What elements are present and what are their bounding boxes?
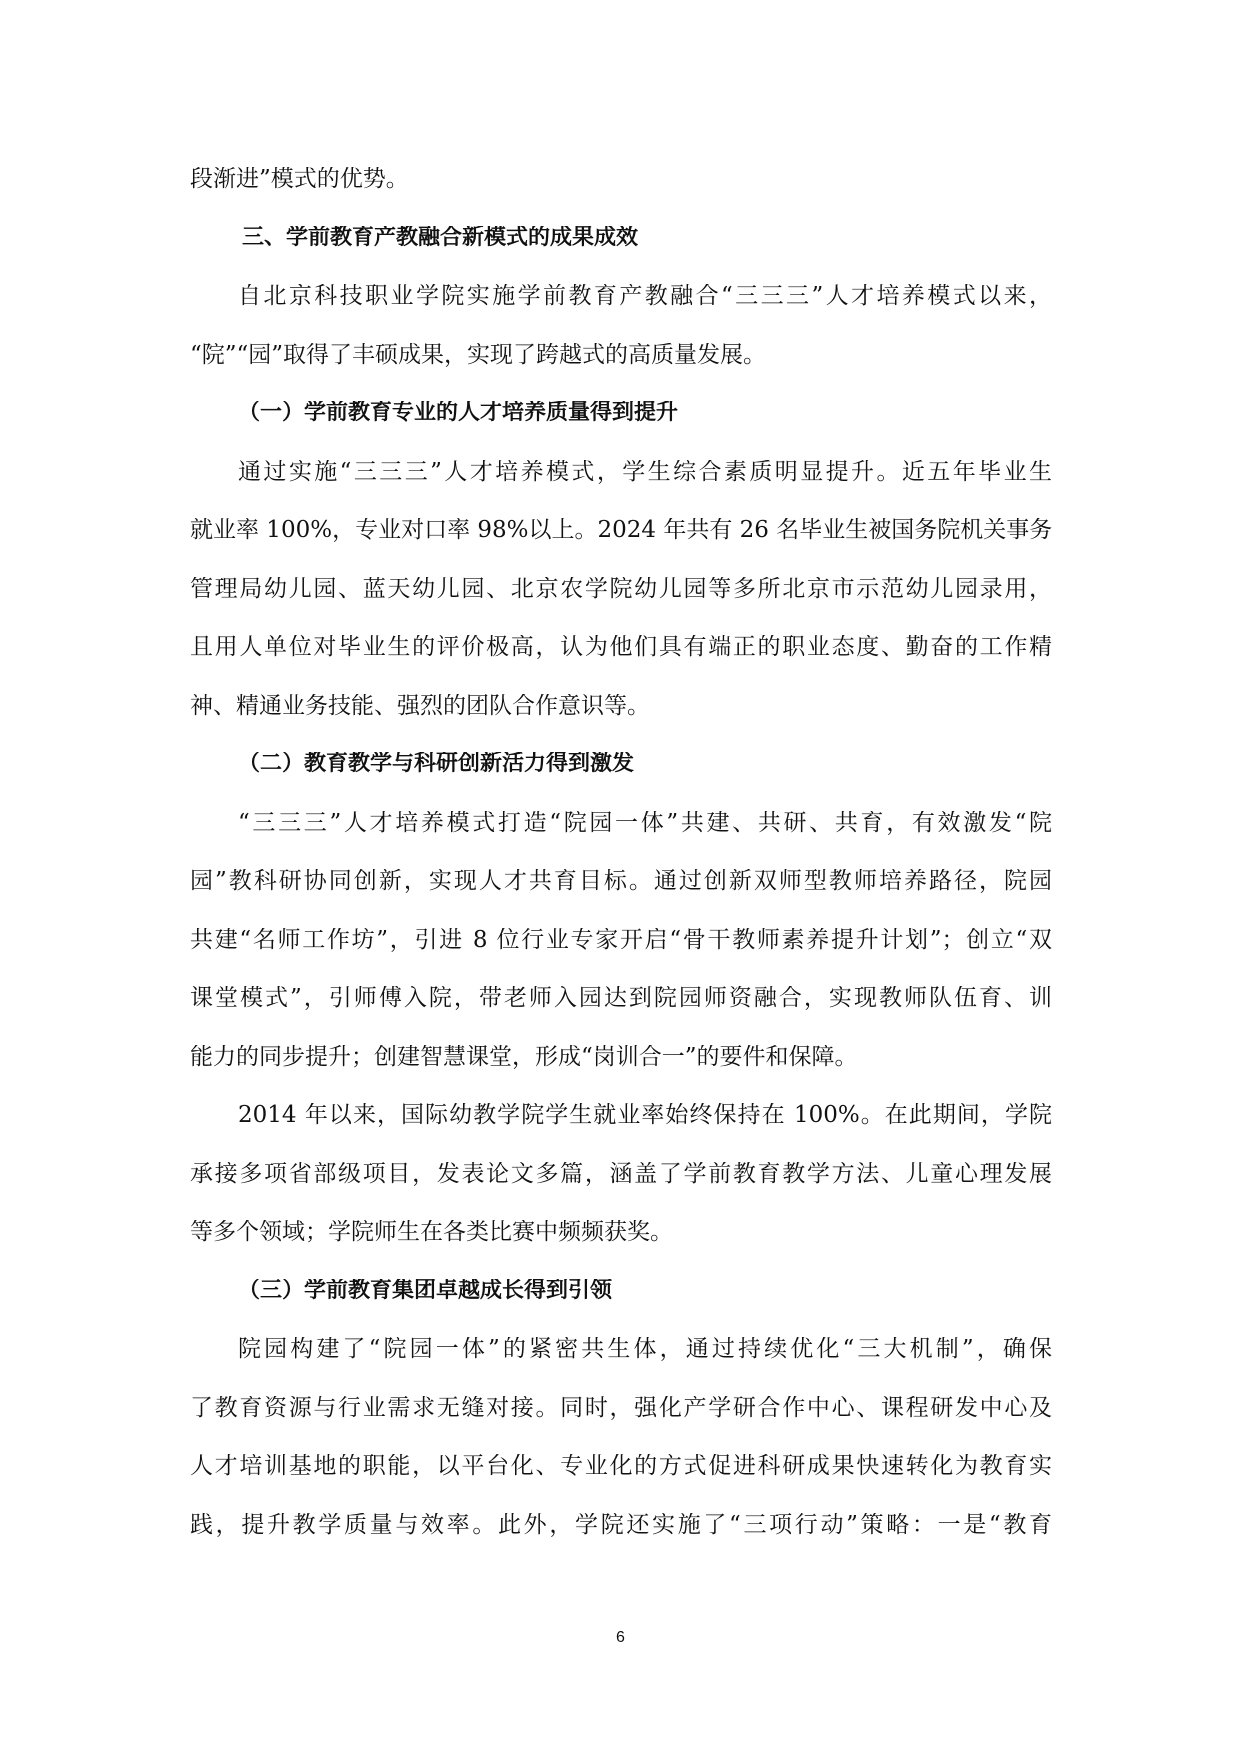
paragraph-line: 承接多项省部级项目，发表论文多篇，涵盖了学前教育教学方法、儿童心理发展 — [190, 1162, 1052, 1221]
section-heading-3: 三、学前教育产教融合新模式的成果成效 — [190, 226, 1052, 285]
paragraph-line: 通过实施“三三三”人才培养模式，学生综合素质明显提升。近五年毕业生 — [190, 460, 1052, 519]
paragraph-line: 就业率 100%，专业对口率 98%以上。2024 年共有 26 名毕业生被国务… — [190, 518, 1052, 577]
paragraph-line: 共建“名师工作坊”，引进 8 位行业专家开启“骨干教师素养提升计划”；创立“双 — [190, 928, 1052, 987]
paragraph-line: 管理局幼儿园、蓝天幼儿园、北京农学院幼儿园等多所北京市示范幼儿园录用， — [190, 577, 1052, 636]
subsection-heading-2: （二）教育教学与科研创新活力得到激发 — [190, 752, 1052, 811]
continuation-text: 段渐进”模式的优势。 — [190, 167, 1052, 226]
document-page: 段渐进”模式的优势。 三、学前教育产教融合新模式的成果成效 自北京科技职业学院实… — [0, 0, 1241, 1754]
page-number: 6 — [0, 1629, 1241, 1647]
paragraph-line: 自北京科技职业学院实施学前教育产教融合“三三三”人才培养模式以来， — [190, 284, 1052, 343]
paragraph-line: 等多个领域；学院师生在各类比赛中频频获奖。 — [190, 1220, 1052, 1279]
paragraph-line: 践，提升教学质量与效率。此外，学院还实施了“三项行动”策略：一是“教育 — [190, 1513, 1052, 1572]
paragraph-line: 能力的同步提升；创建智慧课堂，形成“岗训合一”的要件和保障。 — [190, 1045, 1052, 1104]
subsection-heading-3: （三）学前教育集团卓越成长得到引领 — [190, 1279, 1052, 1338]
paragraph-line: 神、精通业务技能、强烈的团队合作意识等。 — [190, 694, 1052, 753]
paragraph-line: 了教育资源与行业需求无缝对接。同时，强化产学研合作中心、课程研发中心及 — [190, 1396, 1052, 1455]
paragraph-line: 且用人单位对毕业生的评价极高，认为他们具有端正的职业态度、勤奋的工作精 — [190, 635, 1052, 694]
text-column: 段渐进”模式的优势。 三、学前教育产教融合新模式的成果成效 自北京科技职业学院实… — [190, 167, 1052, 1571]
paragraph-line: 2014 年以来，国际幼教学院学生就业率始终保持在 100%。在此期间，学院 — [190, 1103, 1052, 1162]
paragraph-line: 课堂模式”，引师傅入院，带老师入园达到院园师资融合，实现教师队伍育、训 — [190, 986, 1052, 1045]
paragraph-line: 院园构建了“院园一体”的紧密共生体，通过持续优化“三大机制”，确保 — [190, 1337, 1052, 1396]
paragraph-line: 园”教科研协同创新，实现人才共育目标。通过创新双师型教师培养路径，院园 — [190, 869, 1052, 928]
paragraph-line: 人才培训基地的职能，以平台化、专业化的方式促进科研成果快速转化为教育实 — [190, 1454, 1052, 1513]
paragraph-line: “三三三”人才培养模式打造“院园一体”共建、共研、共育，有效激发“院 — [190, 811, 1052, 870]
paragraph-line: “院”“园”取得了丰硕成果，实现了跨越式的高质量发展。 — [190, 343, 1052, 402]
subsection-heading-1: （一）学前教育专业的人才培养质量得到提升 — [190, 401, 1052, 460]
